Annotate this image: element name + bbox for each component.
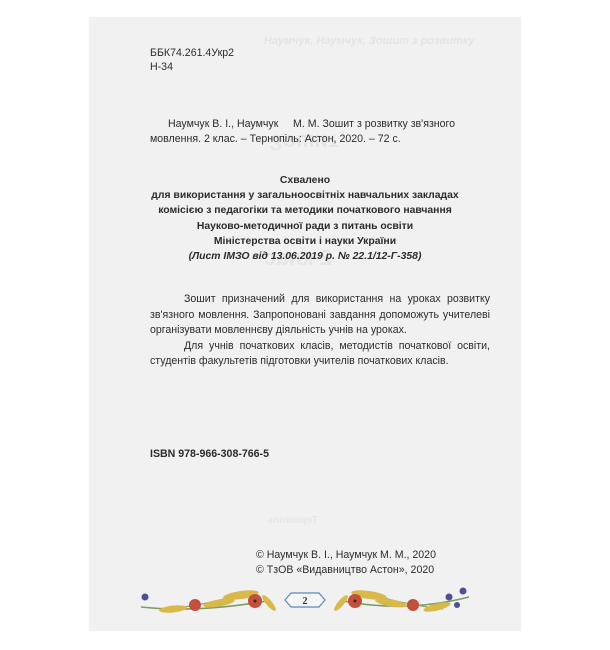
copyright-authors: © Наумчук В. І., Наумчук М. М., 2020 <box>256 548 436 563</box>
bibliographic-record: Наумчук В. І., Наумчук М. М. Зошит з роз… <box>150 117 480 147</box>
approval-reference: (Лист ІМЗО від 13.06.2019 р. № 22.1/12-Г… <box>119 249 491 264</box>
floral-border-ornament: 2 <box>137 583 473 617</box>
udc-code: ББК74.261.4Укр2 <box>150 46 234 60</box>
isbn: ISBN 978-966-308-766-5 <box>150 448 269 460</box>
annotation-paragraph-1: Зошит призначений для використання на ур… <box>150 292 490 339</box>
copyright-publisher: © ТзОВ «Видавництво Астон», 2020 <box>256 563 436 578</box>
classification-codes: ББК74.261.4Укр2 Н-34 <box>150 46 234 74</box>
wheat-poppy-cornflower-icon: 2 <box>137 583 473 617</box>
document-page: Наумчук, Наумчук, Зошит з розвитку Зошит… <box>89 17 521 631</box>
annotation: Зошит призначений для використання на ур… <box>150 292 490 370</box>
bibliographic-line-2: мовлення. 2 клас. – Тернопіль: Астон, 20… <box>150 132 480 147</box>
bleed-through-header: Наумчук, Наумчук, Зошит з розвитку <box>264 35 475 47</box>
approval-line: комісією з педагогіки та методики початк… <box>119 203 491 218</box>
copyright-block: © Наумчук В. І., Наумчук М. М., 2020 © Т… <box>256 548 436 578</box>
author-mark: Н-34 <box>150 60 234 74</box>
approval-heading: Схвалено <box>119 173 491 188</box>
approval-line: Міністерства освіти і науки України <box>119 234 491 249</box>
approval-line: Науково-методичної ради з питань освіти <box>119 219 491 234</box>
bibliographic-line-1: Наумчук В. І., Наумчук М. М. Зошит з роз… <box>150 117 480 132</box>
bleed-through-city: Тернопіль <box>267 515 318 526</box>
annotation-paragraph-2: Для учнів початкових класів, методистів … <box>150 339 490 370</box>
approval-stamp: Схвалено для використання у загальноосві… <box>119 173 491 264</box>
approval-line: для використання у загальноосвітніх навч… <box>119 188 491 203</box>
page-number: 2 <box>303 596 308 607</box>
